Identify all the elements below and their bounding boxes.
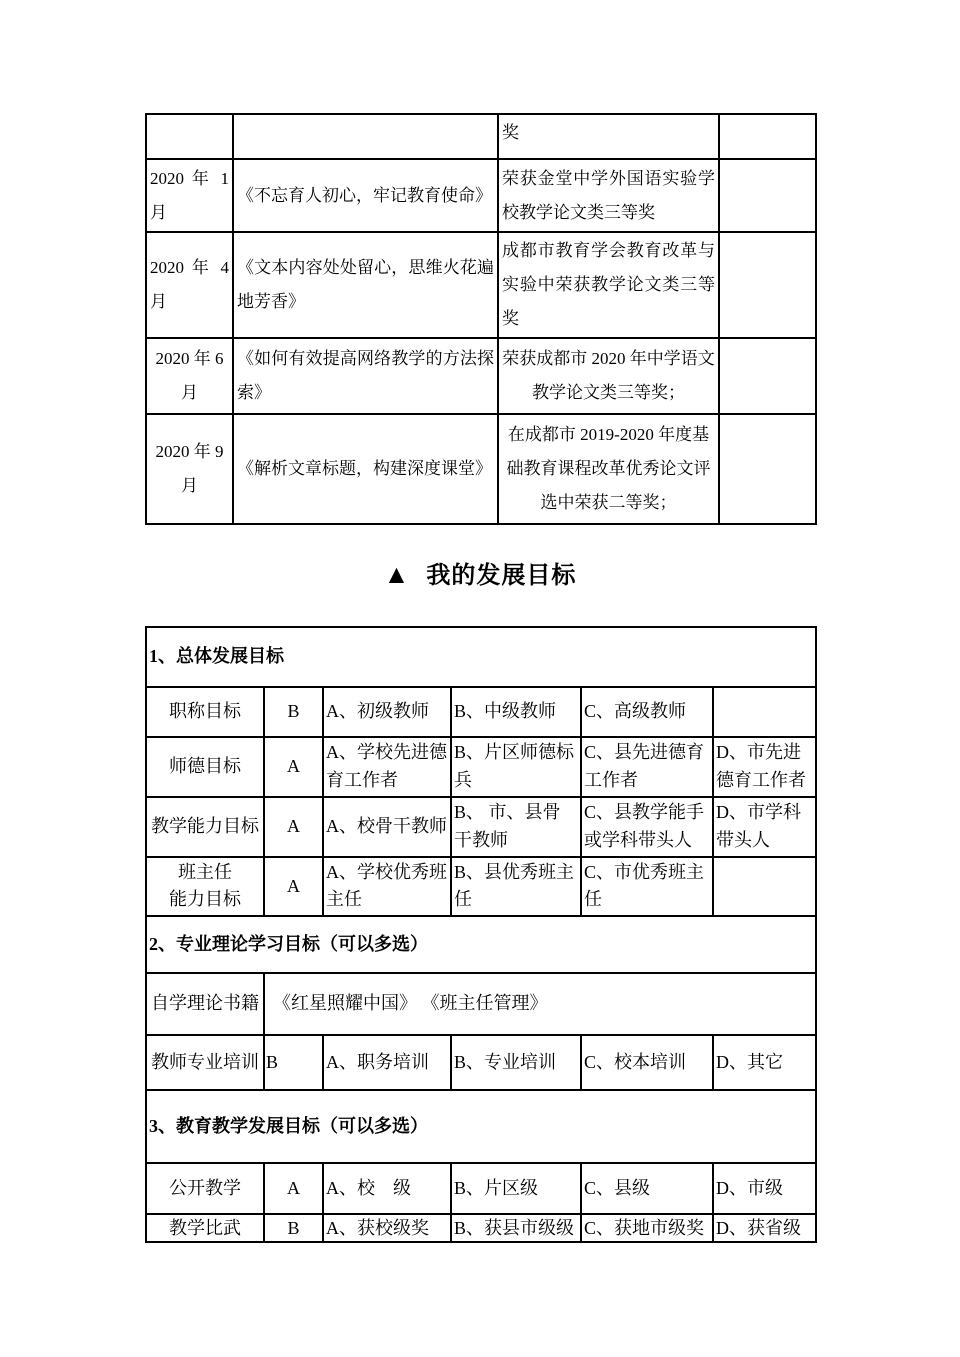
selected-grade: B [264,1214,323,1242]
option-c: C、获地市级奖 [581,1214,713,1242]
note-cell [719,232,816,338]
award-cell: 荣获成都市 2020 年中学语文教学论文类三等奖； [498,338,719,414]
goal-label: 自学理论书籍 [146,973,264,1035]
option-c: C、县级 [581,1163,713,1214]
option-b: B、片区师德标兵 [451,737,581,797]
goal-label: 师德目标 [146,737,264,797]
note-cell [719,414,816,524]
option-a: A、职务培训 [323,1035,451,1090]
option-c: C、市优秀班主任 [581,857,713,917]
option-c: C、县先进德育工作者 [581,737,713,797]
table-row: 2020 年 1 月 《不忘育人初心，牢记教育使命》 荣获金堂中学外国语实验学校… [146,159,816,232]
table-row: 奖 [146,114,816,159]
section-heading-text: 我的发展目标 [426,563,576,589]
goal-row: 公开教学 A A、校 级 B、片区级 C、县级 D、市级 [146,1163,816,1214]
book-titles: 《红星照耀中国》 《班主任管理》 [264,973,816,1035]
date-cell: 2020 年 1 月 [146,159,233,232]
selected-grade: A [264,1163,323,1214]
goal-label: 职称目标 [146,687,264,737]
title-cell: 《文本内容处处留心，思维火花遍地芳香》 [233,232,498,338]
section-heading: ▲我的发展目标 [145,556,815,593]
book-row: 自学理论书籍 《红星照耀中国》 《班主任管理》 [146,973,816,1035]
section-title: 3、教育教学发展目标（可以多选） [146,1090,816,1163]
title-cell: 《解析文章标题，构建深度课堂》 [233,414,498,524]
goal-row: 职称目标 B A、初级教师 B、中级教师 C、高级教师 [146,687,816,737]
title-cell [233,114,498,159]
goal-row: 班主任 能力目标 A A、学校优秀班主任 B、县优秀班主任 C、市优秀班主任 [146,857,816,917]
option-c: C、县教学能手或学科带头人 [581,797,713,857]
option-a: A、校骨干教师 [323,797,451,857]
option-a: A、学校优秀班主任 [323,857,451,917]
option-b: B、 市、县骨干教师 [451,797,581,857]
option-d: D、获省级 [713,1214,816,1242]
goals-table: 1、总体发展目标 职称目标 B A、初级教师 B、中级教师 C、高级教师 师德目… [145,626,817,1243]
option-b: B、片区级 [451,1163,581,1214]
option-b: B、专业培训 [451,1035,581,1090]
triangle-marker-icon: ▲ [384,560,411,589]
note-cell [719,114,816,159]
note-cell [719,159,816,232]
selected-grade: A [264,797,323,857]
section-title-row: 3、教育教学发展目标（可以多选） [146,1090,816,1163]
option-a: A、初级教师 [323,687,451,737]
option-b: B、县优秀班主任 [451,857,581,917]
section-title: 1、总体发展目标 [146,627,816,687]
section-title: 2、专业理论学习目标（可以多选） [146,916,816,973]
section-title-row: 2、专业理论学习目标（可以多选） [146,916,816,973]
awards-table: 奖 2020 年 1 月 《不忘育人初心，牢记教育使命》 荣获金堂中学外国语实验… [145,113,817,525]
date-cell: 2020 年 6 月 [146,338,233,414]
option-c: C、校本培训 [581,1035,713,1090]
option-d: D、市学科带头人 [713,797,816,857]
award-cell: 奖 [498,114,719,159]
title-cell: 《如何有效提高网络教学的方法探索》 [233,338,498,414]
title-cell: 《不忘育人初心，牢记教育使命》 [233,159,498,232]
goal-label: 教师专业培训 [146,1035,264,1090]
selected-grade: B [264,687,323,737]
table-row: 2020 年 4 月 《文本内容处处留心，思维火花遍地芳香》 成都市教育学会教育… [146,232,816,338]
goal-label: 教学比武 [146,1214,264,1242]
table-row: 2020 年 6 月 《如何有效提高网络教学的方法探索》 荣获成都市 2020 … [146,338,816,414]
option-c: C、高级教师 [581,687,713,737]
award-cell: 成都市教育学会教育改革与实验中荣获教学论文类三等奖 [498,232,719,338]
date-cell [146,114,233,159]
goal-row: 教学比武 B A、获校级奖 B、获县市级级 C、获地市级奖 D、获省级 [146,1214,816,1242]
document-page: 奖 2020 年 1 月 《不忘育人初心，牢记教育使命》 荣获金堂中学外国语实验… [0,0,960,1357]
goal-label: 班主任 能力目标 [146,857,264,917]
award-cell: 在成都市 2019-2020 年度基础教育课程改革优秀论文评选中荣获二等奖； [498,414,719,524]
goal-row: 教学能力目标 A A、校骨干教师 B、 市、县骨干教师 C、县教学能手或学科带头… [146,797,816,857]
option-d: D、市级 [713,1163,816,1214]
option-b: B、中级教师 [451,687,581,737]
goal-label: 教学能力目标 [146,797,264,857]
table-row: 2020 年 9 月 《解析文章标题，构建深度课堂》 在成都市 2019-202… [146,414,816,524]
date-cell: 2020 年 4 月 [146,232,233,338]
option-d [713,687,816,737]
option-a: A、校 级 [323,1163,451,1214]
date-cell: 2020 年 9 月 [146,414,233,524]
option-a: A、学校先进德育工作者 [323,737,451,797]
selected-grade: A [264,737,323,797]
note-cell [719,338,816,414]
page-content: 奖 2020 年 1 月 《不忘育人初心，牢记教育使命》 荣获金堂中学外国语实验… [145,113,815,1243]
option-d [713,857,816,917]
goal-row: 师德目标 A A、学校先进德育工作者 B、片区师德标兵 C、县先进德育工作者 D… [146,737,816,797]
option-b: B、获县市级级 [451,1214,581,1242]
selected-grade: B [264,1035,323,1090]
award-cell: 荣获金堂中学外国语实验学校教学论文类三等奖 [498,159,719,232]
option-a: A、获校级奖 [323,1214,451,1242]
selected-grade: A [264,857,323,917]
option-d: D、市先进德育工作者 [713,737,816,797]
section-title-row: 1、总体发展目标 [146,627,816,687]
goal-row: 教师专业培训 B A、职务培训 B、专业培训 C、校本培训 D、其它 [146,1035,816,1090]
goal-label: 公开教学 [146,1163,264,1214]
option-d: D、其它 [713,1035,816,1090]
